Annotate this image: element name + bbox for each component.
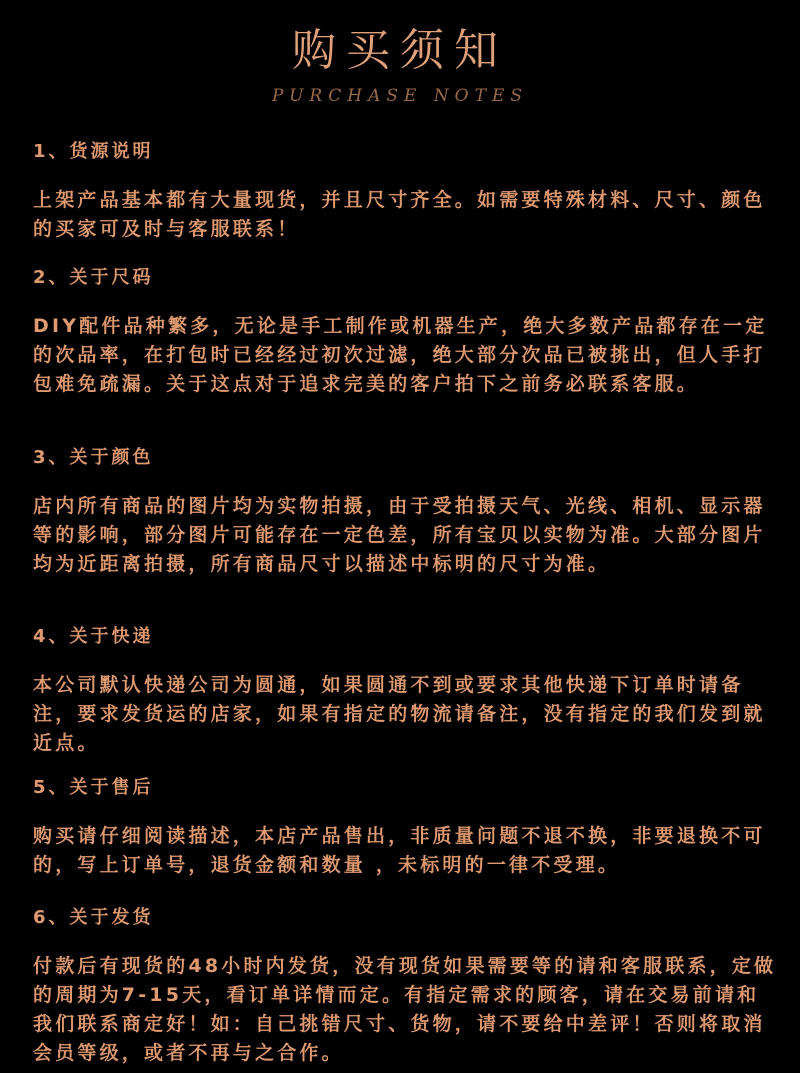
section-body: 店内所有商品的图片均为实物拍摄，由于受拍摄天气、光线、相机、显示器等的影响，部分… [33,492,778,579]
section-heading: 6、关于发货 [33,906,778,930]
section-heading: 5、关于售后 [33,776,778,800]
section-body: 本公司默认快递公司为圆通，如果圆通不到或要求其他快递下订单时请备注，要求发货运的… [33,671,778,758]
page-title: 购买须知 [0,14,800,78]
section-heading: 1、货源说明 [33,140,778,164]
section-shipping-carrier: 4、关于快递 本公司默认快递公司为圆通，如果圆通不到或要求其他快递下订单时请备注… [33,625,778,758]
section-color: 3、关于颜色 店内所有商品的图片均为实物拍摄，由于受拍摄天气、光线、相机、显示器… [33,446,778,579]
section-heading: 2、关于尺码 [33,266,778,290]
section-body: 上架产品基本都有大量现货，并且尺寸齐全。如需要特殊材料、尺寸、颜色的买家可及时与… [33,186,778,244]
section-size: 2、关于尺码 DIY配件品种繁多，无论是手工制作或机器生产，绝大多数产品都存在一… [33,266,778,399]
section-source: 1、货源说明 上架产品基本都有大量现货，并且尺寸齐全。如需要特殊材料、尺寸、颜色… [33,140,778,244]
purchase-notes-page: 购买须知 PURCHASE NOTES 1、货源说明 上架产品基本都有大量现货，… [0,0,800,1073]
section-delivery: 6、关于发货 付款后有现货的48小时内发货，没有现货如果需要等的请和客服联系，定… [33,906,778,1068]
section-after-sales: 5、关于售后 购买请仔细阅读描述，本店产品售出，非质量问题不退不换，非要退换不可… [33,776,778,880]
section-body: 付款后有现货的48小时内发货，没有现货如果需要等的请和客服联系，定做的周期为7-… [33,952,778,1068]
section-heading: 4、关于快递 [33,625,778,649]
section-heading: 3、关于颜色 [33,446,778,470]
section-body: 购买请仔细阅读描述，本店产品售出，非质量问题不退不换，非要退换不可的，写上订单号… [33,822,778,880]
section-body: DIY配件品种繁多，无论是手工制作或机器生产，绝大多数产品都存在一定的次品率，在… [33,312,778,399]
page-subtitle: PURCHASE NOTES [0,86,800,106]
